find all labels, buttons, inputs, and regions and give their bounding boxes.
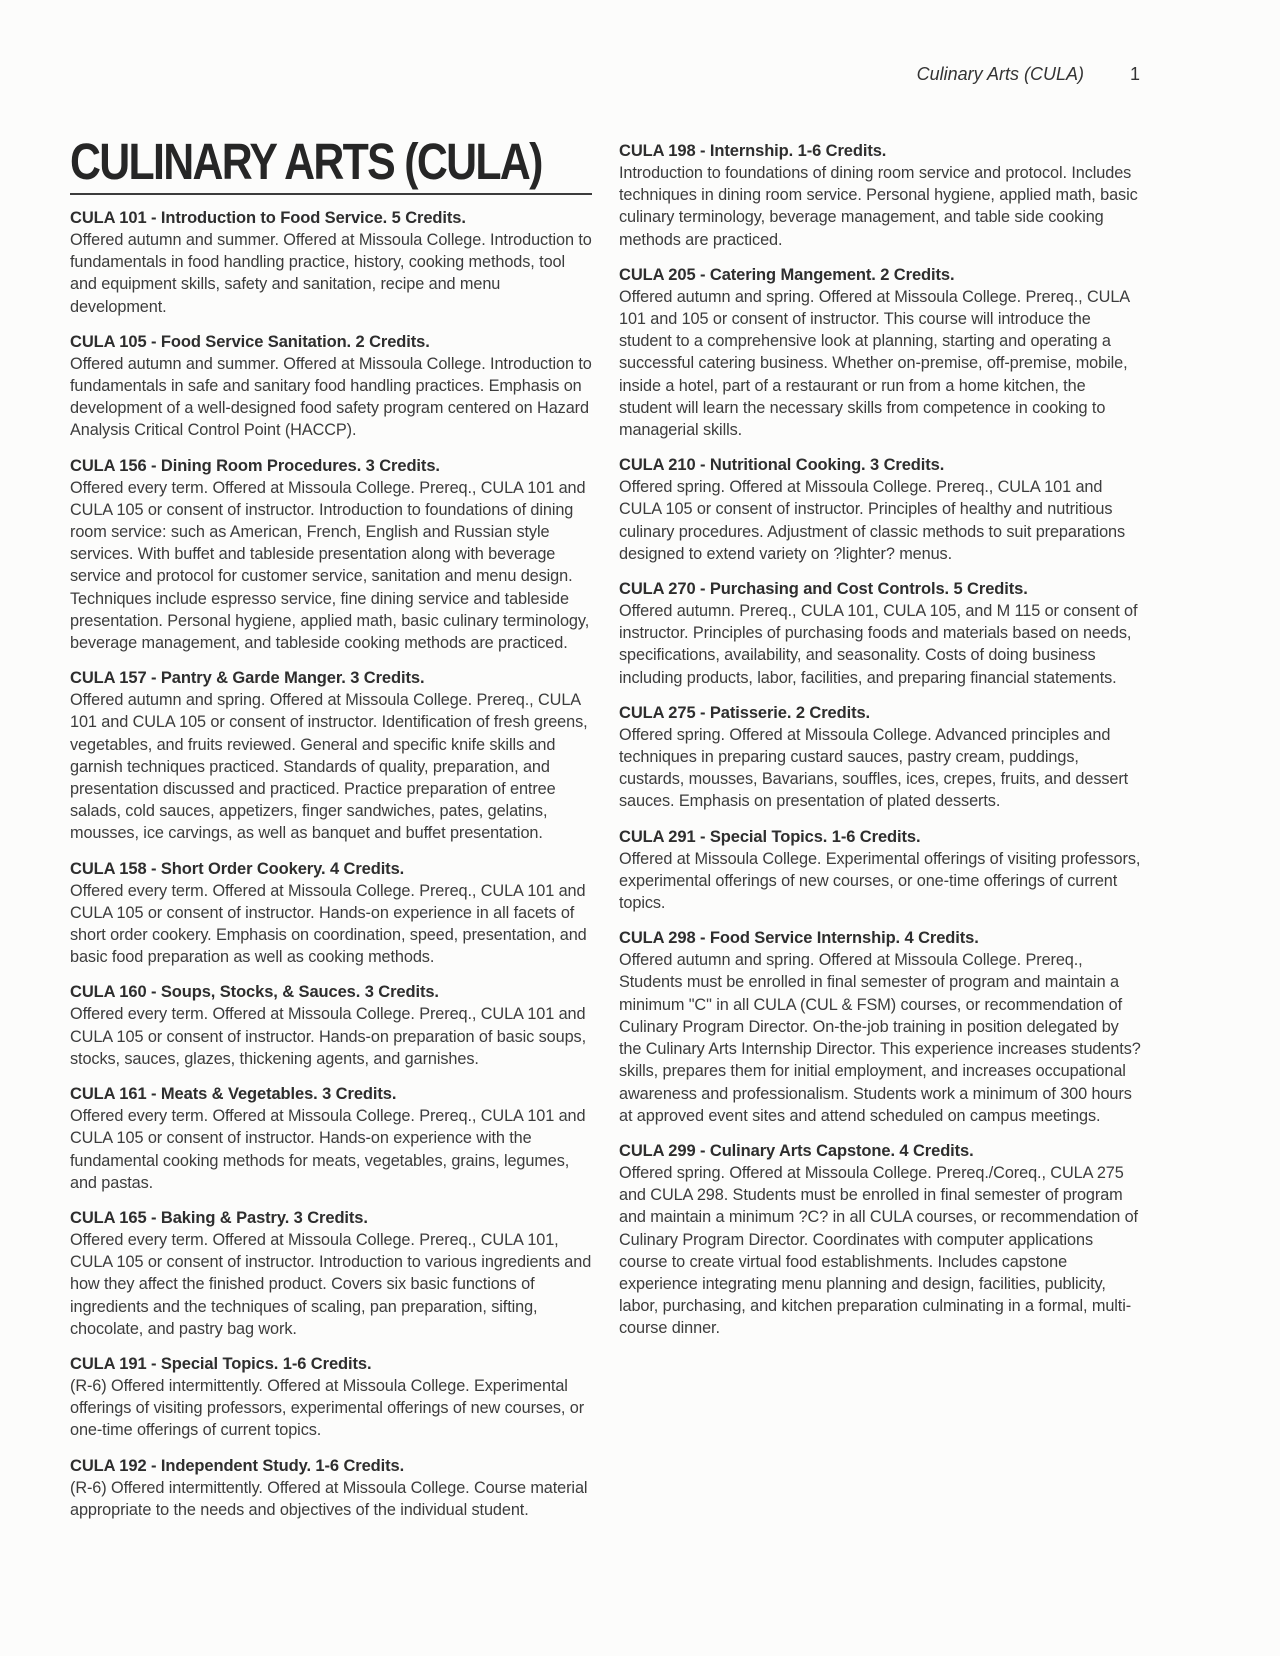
course-entry: CULA 105 - Food Service Sanitation. 2 Cr… xyxy=(70,331,592,442)
course-description: Offered autumn. Prereq., CULA 101, CULA … xyxy=(619,600,1141,689)
course-entry: CULA 101 - Introduction to Food Service.… xyxy=(70,207,592,318)
course-entry: CULA 291 - Special Topics. 1-6 Credits.O… xyxy=(619,826,1141,915)
course-heading: CULA 160 - Soups, Stocks, & Sauces. 3 Cr… xyxy=(70,981,592,1003)
course-heading: CULA 270 - Purchasing and Cost Controls.… xyxy=(619,578,1141,600)
left-column: CULINARY ARTS (CULA) CULA 101 - Introduc… xyxy=(70,137,592,1534)
course-heading: CULA 291 - Special Topics. 1-6 Credits. xyxy=(619,826,1141,848)
course-heading: CULA 105 - Food Service Sanitation. 2 Cr… xyxy=(70,331,592,353)
course-entry: CULA 275 - Patisserie. 2 Credits.Offered… xyxy=(619,702,1141,813)
course-list-left: CULA 101 - Introduction to Food Service.… xyxy=(70,207,592,1521)
course-heading: CULA 275 - Patisserie. 2 Credits. xyxy=(619,702,1141,724)
course-entry: CULA 198 - Internship. 1-6 Credits.Intro… xyxy=(619,140,1141,251)
course-description: Offered every term. Offered at Missoula … xyxy=(70,477,592,655)
right-column: CULA 198 - Internship. 1-6 Credits.Intro… xyxy=(619,137,1141,1534)
course-heading: CULA 298 - Food Service Internship. 4 Cr… xyxy=(619,927,1141,949)
course-entry: CULA 191 - Special Topics. 1-6 Credits.(… xyxy=(70,1353,592,1442)
course-entry: CULA 160 - Soups, Stocks, & Sauces. 3 Cr… xyxy=(70,981,592,1070)
course-entry: CULA 210 - Nutritional Cooking. 3 Credit… xyxy=(619,454,1141,565)
course-description: Offered at Missoula College. Experimenta… xyxy=(619,848,1141,915)
course-description: Offered spring. Offered at Missoula Coll… xyxy=(619,476,1141,565)
course-entry: CULA 158 - Short Order Cookery. 4 Credit… xyxy=(70,858,592,969)
course-list-right: CULA 198 - Internship. 1-6 Credits.Intro… xyxy=(619,140,1141,1340)
course-description: Offered autumn and summer. Offered at Mi… xyxy=(70,229,592,318)
title-rule xyxy=(70,193,592,195)
course-entry: CULA 299 - Culinary Arts Capstone. 4 Cre… xyxy=(619,1140,1141,1340)
course-description: Offered spring. Offered at Missoula Coll… xyxy=(619,724,1141,813)
course-entry: CULA 298 - Food Service Internship. 4 Cr… xyxy=(619,927,1141,1127)
course-description: Offered every term. Offered at Missoula … xyxy=(70,880,592,969)
page-content: CULINARY ARTS (CULA) CULA 101 - Introduc… xyxy=(70,137,1141,1534)
course-entry: CULA 161 - Meats & Vegetables. 3 Credits… xyxy=(70,1083,592,1194)
course-heading: CULA 198 - Internship. 1-6 Credits. xyxy=(619,140,1141,162)
running-header-title: Culinary Arts (CULA) xyxy=(917,64,1084,85)
course-heading: CULA 161 - Meats & Vegetables. 3 Credits… xyxy=(70,1083,592,1105)
course-heading: CULA 156 - Dining Room Procedures. 3 Cre… xyxy=(70,455,592,477)
course-entry: CULA 156 - Dining Room Procedures. 3 Cre… xyxy=(70,455,592,655)
running-header: Culinary Arts (CULA) 1 xyxy=(70,64,1140,85)
course-description: (R-6) Offered intermittently. Offered at… xyxy=(70,1375,592,1442)
course-description: Offered spring. Offered at Missoula Coll… xyxy=(619,1162,1141,1340)
course-description: (R-6) Offered intermittently. Offered at… xyxy=(70,1477,592,1521)
page-title: CULINARY ARTS (CULA) xyxy=(70,137,508,187)
course-heading: CULA 299 - Culinary Arts Capstone. 4 Cre… xyxy=(619,1140,1141,1162)
course-description: Offered every term. Offered at Missoula … xyxy=(70,1229,592,1340)
course-description: Offered autumn and spring. Offered at Mi… xyxy=(619,286,1141,441)
course-heading: CULA 165 - Baking & Pastry. 3 Credits. xyxy=(70,1207,592,1229)
course-heading: CULA 101 - Introduction to Food Service.… xyxy=(70,207,592,229)
course-description: Introduction to foundations of dining ro… xyxy=(619,162,1141,251)
course-heading: CULA 192 - Independent Study. 1-6 Credit… xyxy=(70,1455,592,1477)
course-heading: CULA 191 - Special Topics. 1-6 Credits. xyxy=(70,1353,592,1375)
course-heading: CULA 157 - Pantry & Garde Manger. 3 Cred… xyxy=(70,667,592,689)
course-entry: CULA 270 - Purchasing and Cost Controls.… xyxy=(619,578,1141,689)
course-entry: CULA 205 - Catering Mangement. 2 Credits… xyxy=(619,264,1141,441)
page-number: 1 xyxy=(1130,64,1140,85)
course-description: Offered autumn and spring. Offered at Mi… xyxy=(70,689,592,844)
course-description: Offered every term. Offered at Missoula … xyxy=(70,1105,592,1194)
course-heading: CULA 158 - Short Order Cookery. 4 Credit… xyxy=(70,858,592,880)
course-heading: CULA 210 - Nutritional Cooking. 3 Credit… xyxy=(619,454,1141,476)
course-entry: CULA 157 - Pantry & Garde Manger. 3 Cred… xyxy=(70,667,592,844)
course-description: Offered autumn and spring. Offered at Mi… xyxy=(619,949,1141,1127)
catalog-page: Culinary Arts (CULA) 1 CULINARY ARTS (CU… xyxy=(0,0,1280,1656)
course-description: Offered autumn and summer. Offered at Mi… xyxy=(70,353,592,442)
course-entry: CULA 192 - Independent Study. 1-6 Credit… xyxy=(70,1455,592,1521)
course-heading: CULA 205 - Catering Mangement. 2 Credits… xyxy=(619,264,1141,286)
course-entry: CULA 165 - Baking & Pastry. 3 Credits.Of… xyxy=(70,1207,592,1340)
course-description: Offered every term. Offered at Missoula … xyxy=(70,1003,592,1070)
